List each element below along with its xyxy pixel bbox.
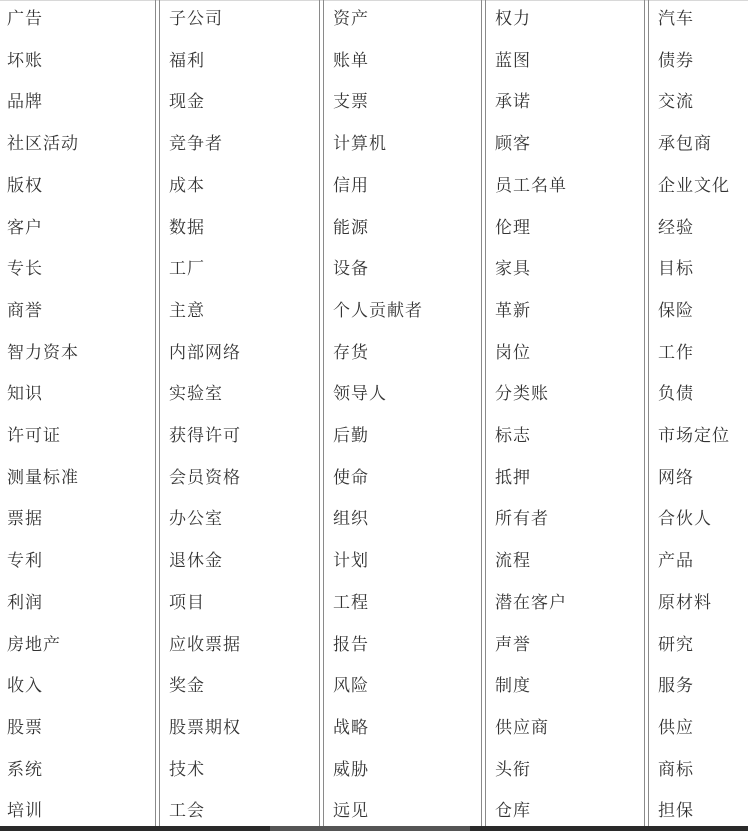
table-cell: 蓝图	[481, 49, 531, 73]
table-cell: 商标	[644, 758, 694, 782]
table-cell: 资产	[319, 7, 369, 31]
table-cell: 使命	[319, 466, 369, 490]
table-cell: 后勤	[319, 424, 369, 448]
table-cell: 成本	[155, 174, 205, 198]
table-cell: 顾客	[481, 132, 531, 156]
table-cell: 远见	[319, 799, 369, 823]
table-cell: 承诺	[481, 90, 531, 114]
table-cell: 计划	[319, 549, 369, 573]
table-cell: 汽车	[644, 7, 694, 31]
table-cell: 内部网络	[155, 341, 241, 365]
table-cell: 研究	[644, 633, 694, 657]
table-cell: 福利	[155, 49, 205, 73]
table-cell: 版权	[0, 174, 43, 198]
table-cell: 员工名单	[481, 174, 567, 198]
table-cell: 项目	[155, 591, 205, 615]
table-cell: 标志	[481, 424, 531, 448]
table-cell: 房地产	[0, 633, 61, 657]
table-cell: 制度	[481, 674, 531, 698]
table-cell: 风险	[319, 674, 369, 698]
table-cell: 目标	[644, 257, 694, 281]
table-cell: 声誉	[481, 633, 531, 657]
table-cell: 债券	[644, 49, 694, 73]
table-cell: 奖金	[155, 674, 205, 698]
table-cell: 组织	[319, 507, 369, 531]
table-cell: 会员资格	[155, 466, 241, 490]
table-cell: 商誉	[0, 299, 43, 323]
table-cell: 能源	[319, 216, 369, 240]
table-cell: 票据	[0, 507, 43, 531]
table-cell: 分类账	[481, 382, 549, 406]
table-cell: 流程	[481, 549, 531, 573]
table-cell: 社区活动	[0, 132, 79, 156]
table-cell: 潜在客户	[481, 591, 567, 615]
table-cell: 培训	[0, 799, 43, 823]
table-cell: 广告	[0, 7, 43, 31]
table-cell: 领导人	[319, 382, 387, 406]
table-cell: 企业文化	[644, 174, 730, 198]
table-column-3: 资产账单支票计算机信用能源设备个人贡献者存货领导人后勤使命组织计划工程报告风险战…	[319, 0, 481, 826]
table-cell: 战略	[319, 716, 369, 740]
table-cell: 工程	[319, 591, 369, 615]
table-cell: 市场定位	[644, 424, 730, 448]
table-cell: 所有者	[481, 507, 549, 531]
table-cell: 存货	[319, 341, 369, 365]
table-cell: 负债	[644, 382, 694, 406]
table-cell: 信用	[319, 174, 369, 198]
table-cell: 革新	[481, 299, 531, 323]
table-cell: 智力资本	[0, 341, 79, 365]
table-cell: 家具	[481, 257, 531, 281]
table-cell: 实验室	[155, 382, 223, 406]
table-cell: 主意	[155, 299, 205, 323]
table-cell: 支票	[319, 90, 369, 114]
table-cell: 客户	[0, 216, 43, 240]
table-cell: 计算机	[319, 132, 387, 156]
table-cell: 保险	[644, 299, 694, 323]
table-cell: 知识	[0, 382, 43, 406]
table-cell: 网络	[644, 466, 694, 490]
table-cell: 品牌	[0, 90, 43, 114]
table-cell: 获得许可	[155, 424, 241, 448]
table-cell: 股票期权	[155, 716, 241, 740]
table-cell: 合伙人	[644, 507, 712, 531]
table-column-4: 权力蓝图承诺顾客员工名单伦理家具革新岗位分类账标志抵押所有者流程潜在客户声誉制度…	[481, 0, 644, 826]
table-cell: 办公室	[155, 507, 223, 531]
table-cell: 个人贡献者	[319, 299, 423, 323]
table-cell: 专利	[0, 549, 43, 573]
table-cell: 股票	[0, 716, 43, 740]
table-cell: 坏账	[0, 49, 43, 73]
table-cell: 测量标准	[0, 466, 79, 490]
table-cell: 退休金	[155, 549, 223, 573]
table-cell: 权力	[481, 7, 531, 31]
table-cell: 设备	[319, 257, 369, 281]
table-cell: 供应	[644, 716, 694, 740]
table-cell: 岗位	[481, 341, 531, 365]
table-column-2: 子公司福利现金竞争者成本数据工厂主意内部网络实验室获得许可会员资格办公室退休金项…	[155, 0, 319, 826]
table-cell: 子公司	[155, 7, 223, 31]
table-cell: 原材料	[644, 591, 712, 615]
table-cell: 竞争者	[155, 132, 223, 156]
table-cell: 服务	[644, 674, 694, 698]
table-cell: 工会	[155, 799, 205, 823]
table-cell: 抵押	[481, 466, 531, 490]
table-cell: 交流	[644, 90, 694, 114]
table-cell: 产品	[644, 549, 694, 573]
table-cell: 工作	[644, 341, 694, 365]
table-cell: 伦理	[481, 216, 531, 240]
table-column-5: 汽车债券交流承包商企业文化经验目标保险工作负债市场定位网络合伙人产品原材料研究服…	[644, 0, 748, 826]
table-cell: 工厂	[155, 257, 205, 281]
table-cell: 数据	[155, 216, 205, 240]
table-cell: 利润	[0, 591, 43, 615]
table-cell: 头衔	[481, 758, 531, 782]
table-cell: 许可证	[0, 424, 61, 448]
table-cell: 承包商	[644, 132, 712, 156]
table-cell: 收入	[0, 674, 43, 698]
table-cell: 专长	[0, 257, 43, 281]
table-cell: 报告	[319, 633, 369, 657]
table-cell: 供应商	[481, 716, 549, 740]
scrollbar-thumb[interactable]	[270, 826, 470, 831]
table-cell: 应收票据	[155, 633, 241, 657]
table-cell: 仓库	[481, 799, 531, 823]
word-table: 广告坏账品牌社区活动版权客户专长商誉智力资本知识许可证测量标准票据专利利润房地产…	[0, 0, 748, 826]
table-column-1: 广告坏账品牌社区活动版权客户专长商誉智力资本知识许可证测量标准票据专利利润房地产…	[0, 0, 155, 826]
table-cell: 威胁	[319, 758, 369, 782]
table-cell: 账单	[319, 49, 369, 73]
table-cell: 系统	[0, 758, 43, 782]
table-cell: 担保	[644, 799, 694, 823]
table-cell: 经验	[644, 216, 694, 240]
table-cell: 技术	[155, 758, 205, 782]
horizontal-scrollbar[interactable]	[0, 826, 748, 831]
table-cell: 现金	[155, 90, 205, 114]
